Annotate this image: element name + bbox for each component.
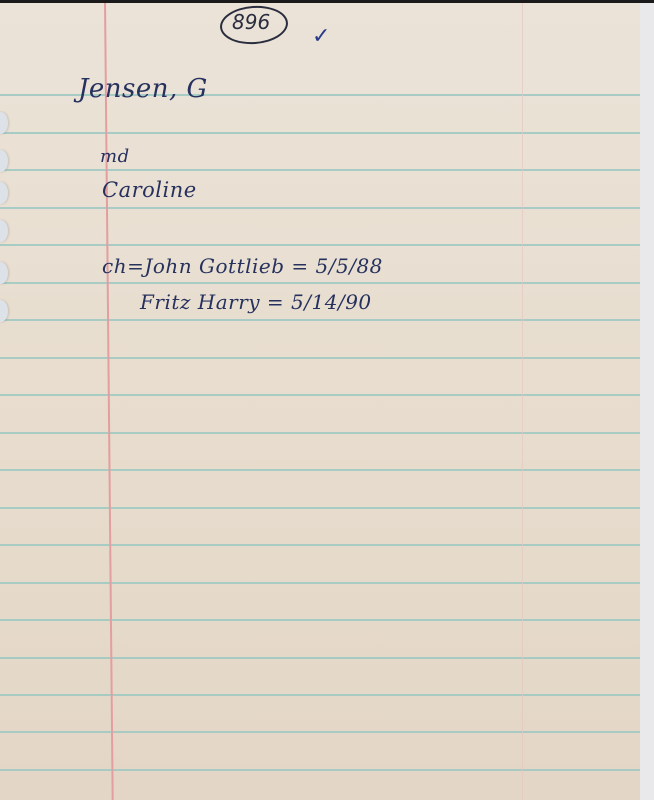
faint-vertical-line [522, 0, 523, 800]
ruled-line [0, 432, 640, 434]
children-entry-2: Fritz Harry = 5/14/90 [140, 290, 372, 314]
ruled-line [0, 132, 640, 134]
ruled-line [0, 507, 640, 509]
child-separator: = [267, 290, 284, 314]
ruled-line [0, 657, 640, 659]
page-number: 896 [232, 10, 270, 34]
checkmark-icon: ✓ [312, 24, 330, 49]
binding-hole [0, 220, 8, 242]
ruled-line [0, 731, 640, 733]
ruled-line [0, 769, 640, 771]
child-separator: = [291, 254, 308, 278]
binding-hole [0, 112, 8, 134]
notebook-page: 896 ✓ Jensen, G md Caroline ch=John Gott… [0, 0, 640, 800]
red-margin-line [104, 0, 113, 800]
ruled-line [0, 582, 640, 584]
heading-surname: Jensen, G [78, 74, 208, 104]
ruled-line [0, 544, 640, 546]
ruled-line [0, 694, 640, 696]
children-label: ch= [102, 254, 144, 278]
spouse-name: Caroline [102, 178, 197, 202]
ruled-line [0, 357, 640, 359]
ruled-line [0, 319, 640, 321]
ruled-line [0, 169, 640, 171]
child-name: Fritz Harry [140, 290, 260, 314]
binding-hole [0, 182, 8, 204]
ruled-line [0, 244, 640, 246]
ruled-line [0, 394, 640, 396]
child-name: John Gottlieb [144, 254, 284, 278]
ruled-line [0, 469, 640, 471]
ruled-line [0, 619, 640, 621]
ruled-line [0, 282, 640, 284]
scan-top-edge [0, 0, 654, 3]
ruled-line [0, 207, 640, 209]
children-entry-1: ch=John Gottlieb = 5/5/88 [102, 254, 383, 278]
child-birth-date: 5/14/90 [291, 290, 372, 314]
child-birth-date: 5/5/88 [316, 254, 383, 278]
married-label: md [100, 146, 130, 167]
binding-hole [0, 262, 8, 284]
